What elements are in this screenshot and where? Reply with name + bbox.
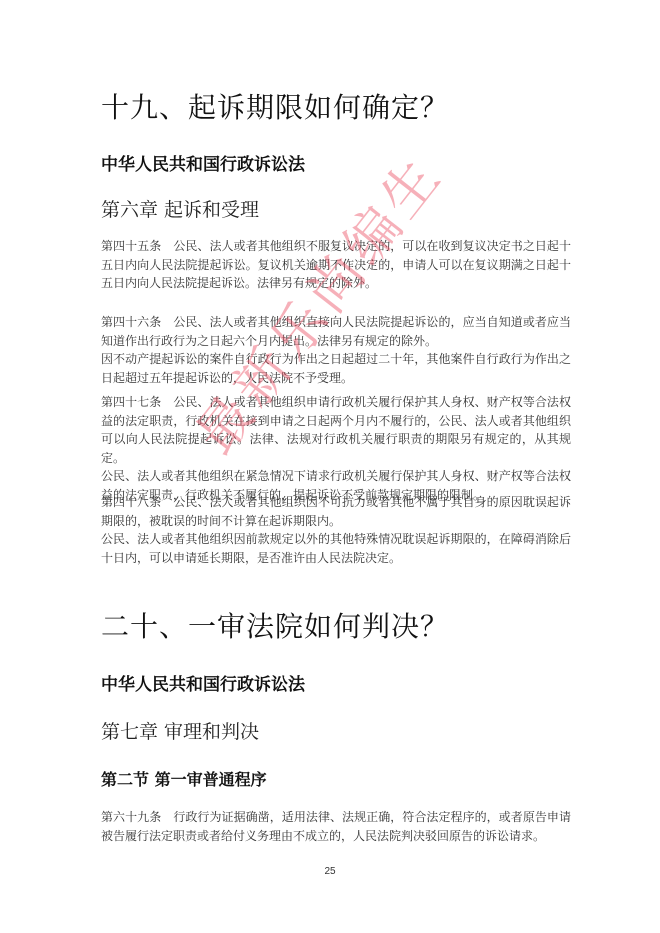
chapter-title: 第六章 起诉和受理 [101, 195, 259, 222]
article-paragraph: 第六十九条 行政行为证据确凿，适用法律、法规正确，符合法定程序的，或者原告申请被… [101, 808, 571, 845]
law-title: 中华人民共和国行政诉讼法 [101, 670, 305, 695]
section-heading-20: 二十、一审法院如何判决？ [101, 605, 449, 645]
article-paragraph: 公民、法人或者其他组织因前款规定以外的其他特殊情况耽误起诉期限的，在障碍消除后十… [101, 530, 571, 567]
document-page: 十九、起诉期限如何确定？ 中华人民共和国行政诉讼法 第六章 起诉和受理 第四十五… [0, 0, 660, 933]
article-46: 第四十六条 公民、法人或者其他组织直接向人民法院提起诉讼的，应当自知道或者应当知… [101, 313, 571, 387]
article-paragraph: 第四十六条 公民、法人或者其他组织直接向人民法院提起诉讼的，应当自知道或者应当知… [101, 313, 571, 350]
article-paragraph: 因不动产提起诉讼的案件自行政行为作出之日起超过二十年，其他案件自行政行为作出之日… [101, 350, 571, 387]
article-48: 第四十八条 公民、法人或者其他组织因不可抗力或者其他不属于其自身的原因耽误起诉期… [101, 493, 571, 567]
chapter-title: 第七章 审理和判决 [101, 717, 259, 744]
article-paragraph: 第四十七条 公民、法人或者其他组织申请行政机关履行保护其人身权、财产权等合法权益… [101, 393, 571, 467]
article-69: 第六十九条 行政行为证据确凿，适用法律、法规正确，符合法定程序的，或者原告申请被… [101, 808, 571, 845]
article-paragraph: 第四十五条 公民、法人或者其他组织不服复议决定的，可以在收到复议决定书之日起十五… [101, 237, 571, 293]
section-subtitle: 第二节 第一审普通程序 [101, 767, 267, 790]
article-47: 第四十七条 公民、法人或者其他组织申请行政机关履行保护其人身权、财产权等合法权益… [101, 393, 571, 504]
article-45: 第四十五条 公民、法人或者其他组织不服复议决定的，可以在收到复议决定书之日起十五… [101, 237, 571, 293]
article-paragraph: 第四十八条 公民、法人或者其他组织因不可抗力或者其他不属于其自身的原因耽误起诉期… [101, 493, 571, 530]
page-number: 25 [0, 866, 660, 877]
law-title: 中华人民共和国行政诉讼法 [101, 150, 305, 175]
section-heading-19: 十九、起诉期限如何确定？ [101, 86, 449, 126]
